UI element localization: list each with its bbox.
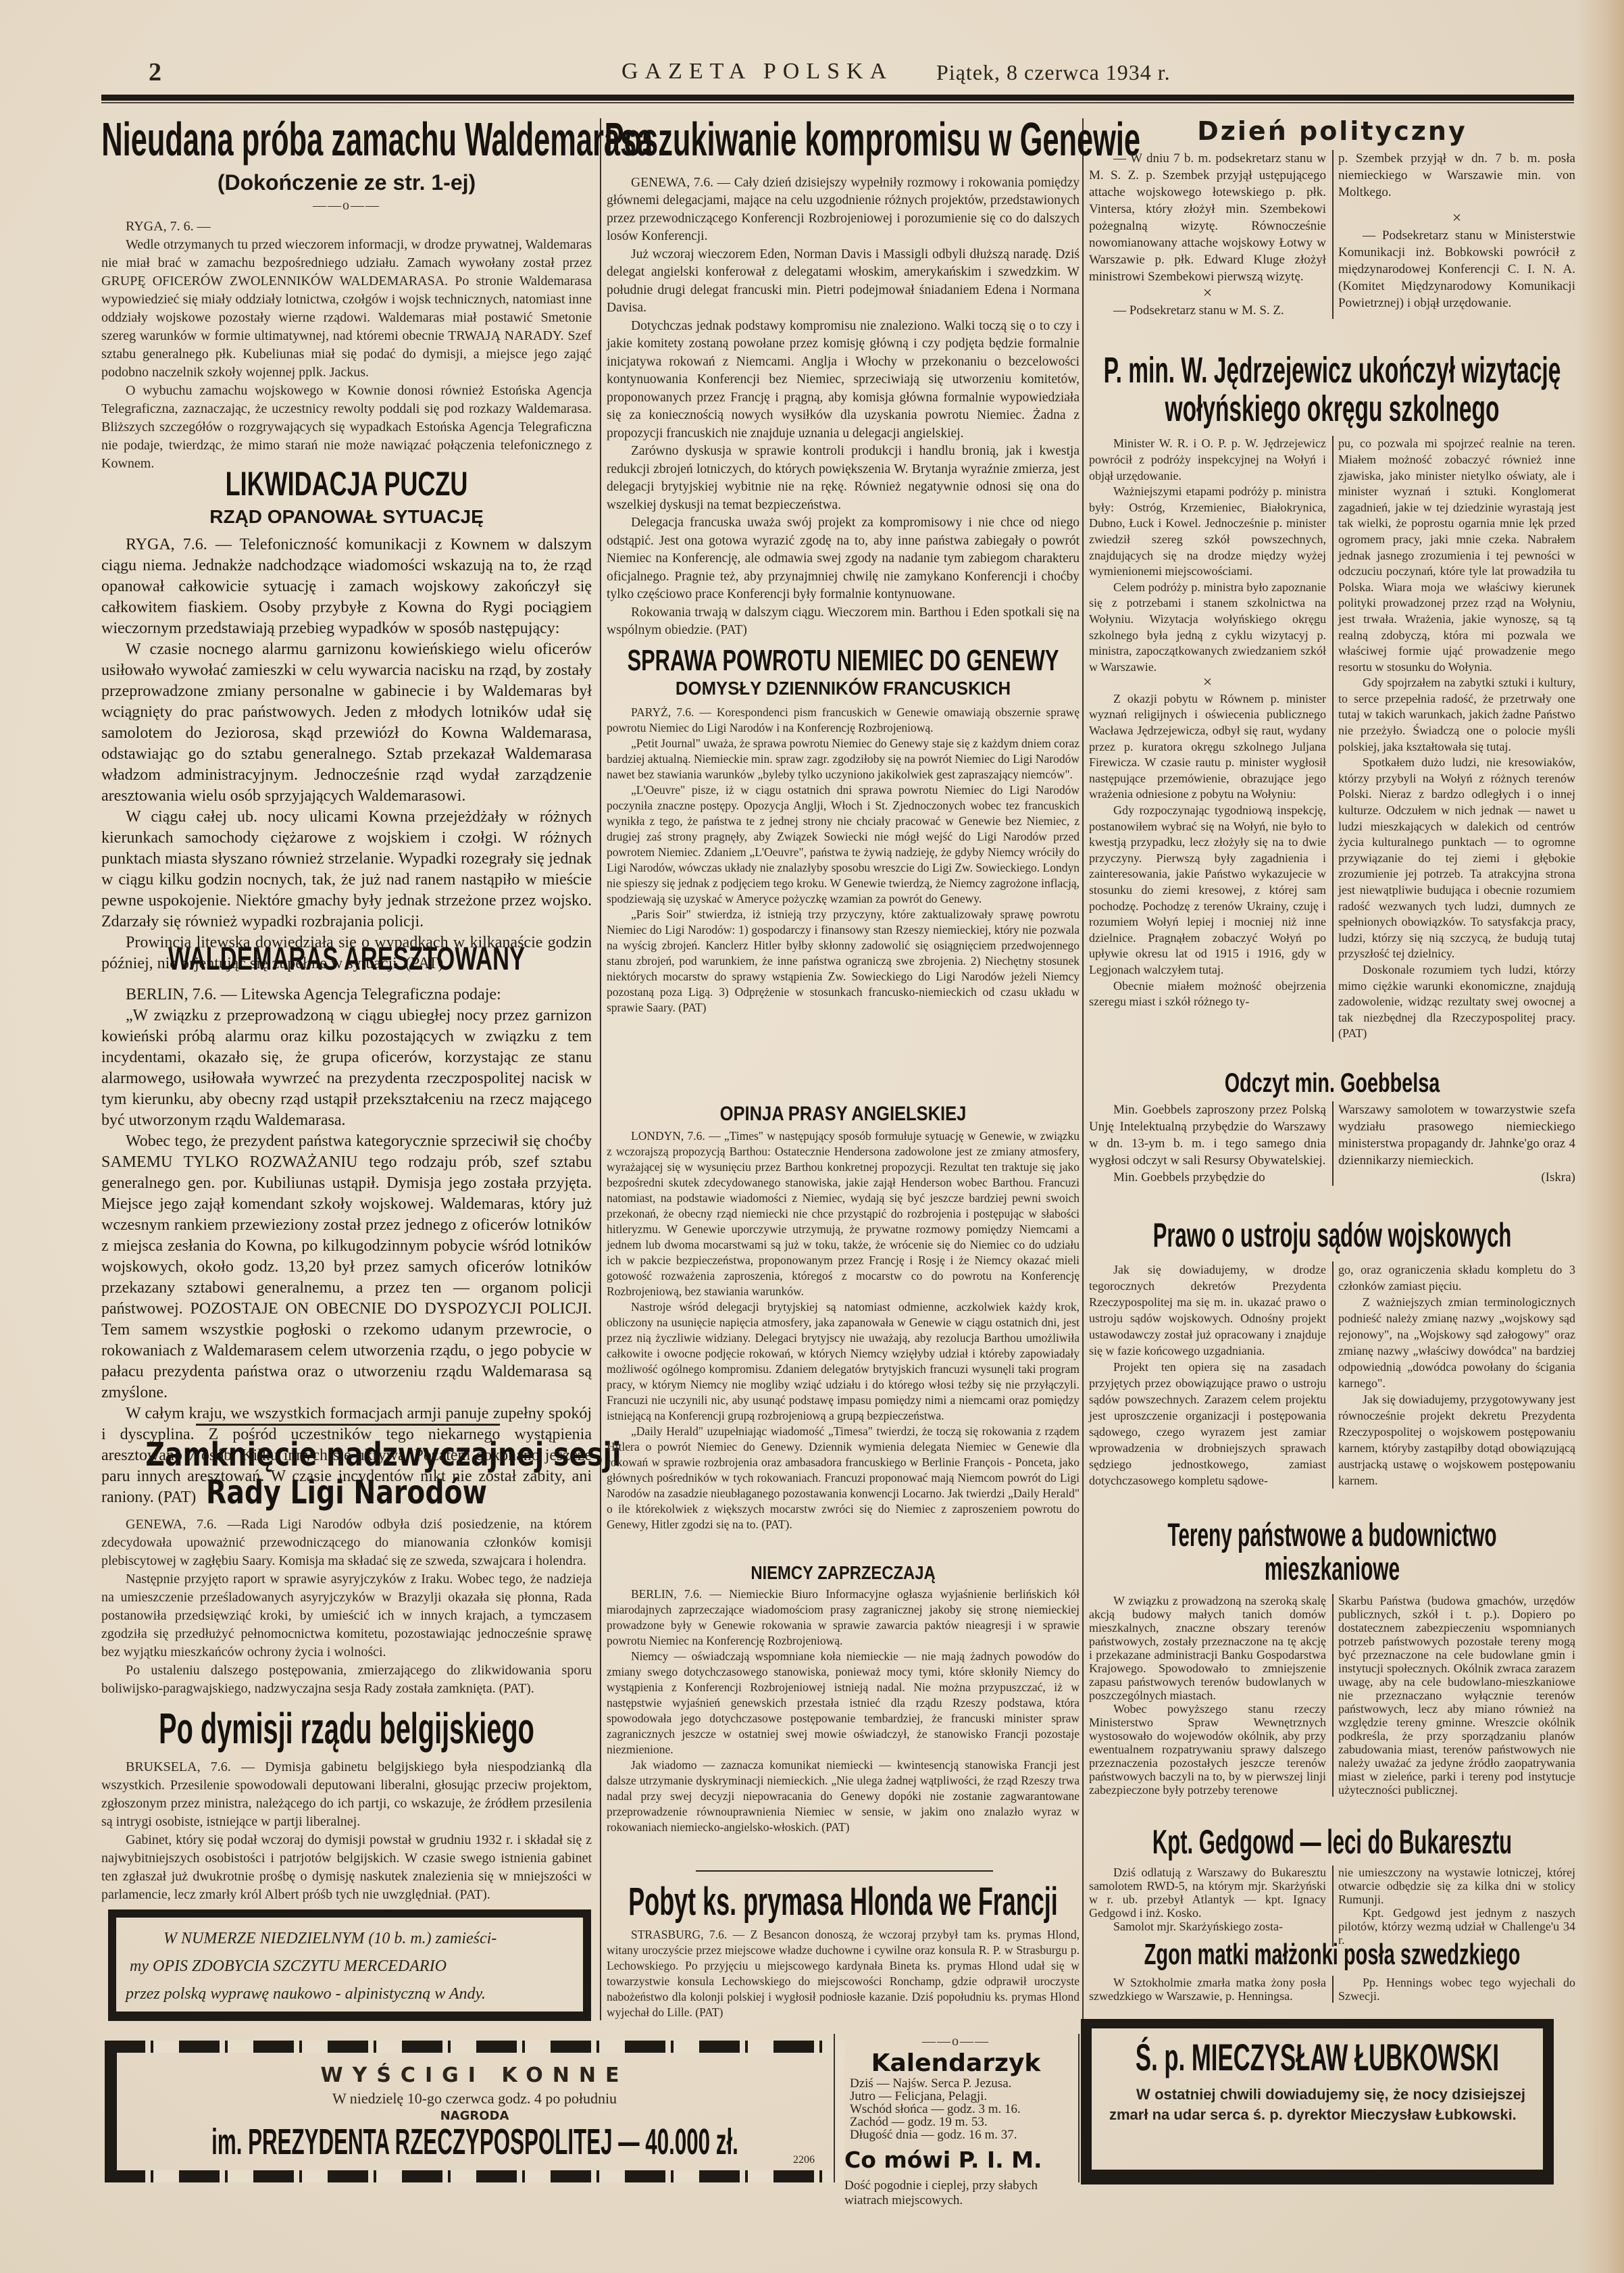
calendar-lines: Dziś — Najśw. Serca P. Jezusa. Jutro — F… [838,2077,1074,2141]
inner-column-divider [1332,1976,1334,2003]
notice-line: przez polską wyprawę naukowo - alpinisty… [116,1985,583,2003]
headline: Odczyt min. Goebbelsa [1089,1069,1575,1097]
headline: Dzień polityczny [1089,116,1575,146]
article-body: BERLIN, 7.6. — Litewska Agencja Telegraf… [101,984,592,1508]
obituary-title: Ś. p. MIECZYSŁAW ŁUBKOWSKI [1108,2038,1527,2078]
article-jedrzejewicz: P. min. W. Jędrzejewicz ukończył wizytac… [1089,351,1575,1042]
headline: Tereny państwowe a budownictwo [1102,1519,1563,1553]
obituary-text: W ostatniej chwili dowiadujemy się, że n… [1092,2078,1543,2125]
newspaper-title: GAZETA POLSKA [621,59,893,84]
headline: wołyńskiego okręgu szkolnego [1089,390,1575,428]
notice-line: W NUMERZE NIEDZIELNYM (10 b. m.) zamieśc… [116,1930,583,1948]
article-german-denial: NIEMCY ZAPRZECZAJĄ BERLIN, 7.6. — Niemie… [607,1562,1080,1835]
ad-when: W niedzielę 10-go czerwca godz. 4 po poł… [117,2090,832,2107]
inner-column-divider [1332,1262,1334,1489]
inner-column-divider [1332,1594,1334,1797]
weather-text: Dość pogodnie i cieplej, przy słabych wi… [838,2178,1074,2208]
ornament-rule [696,1870,993,1872]
masthead-rule-thin [101,102,1574,103]
article-body: RYGA, 7.6. — Telefoniczność komunikacji … [101,534,592,974]
page-number: 2 [149,57,161,87]
ad-number: 2206 [793,2154,815,2166]
column-divider [600,118,601,2020]
ad-prize: im. PREZYDENTA RZECZYPOSPOLITEJ — 40.000… [132,2123,818,2162]
inner-column-divider [1332,150,1334,319]
subheadline: DOMYSŁY DZIENNIKÓW FRANCUSKICH [626,678,1061,699]
two-column-body: Dziś odlatują z Warszawy do Bukaresztu s… [1089,1866,1575,1947]
article-waldemaras-coup: Nieudana próba zamachu Waldemarasa (Doko… [101,115,592,473]
separator: ——o—— [838,2034,1074,2049]
ad-prize-label: NAGRODA [117,2109,832,2123]
notice-line: my OPIS ZDOBYCIA SZCZYTU MERCEDARIO [116,1957,583,1976]
article-geneva-compromise: Poszukiwanie kompromisu w Genewie GENEWA… [607,115,1080,640]
sunday-issue-notice: W NUMERZE NIEDZIELNYM (10 b. m.) zamieśc… [108,1909,591,2021]
cross-divider: × [1089,675,1326,691]
torn-paper-edge [1577,0,1624,2273]
two-column-body: Min. Goebbels zaproszony przez Polską Un… [1089,1101,1575,1186]
article-gedgowd: Kpt. Gedgowd — leci do Bukaresztu Dziś o… [1089,1824,1575,1947]
weather-title: Co mówi P. I. M. [838,2147,1074,2173]
masthead-rule [101,95,1574,101]
headline: Prawo o ustroju sądów wojskowych [1102,1218,1563,1253]
cross-divider: × [1338,210,1575,227]
calendar-box: ——o—— Kalendarzyk Dziś — Najśw. Serca P.… [838,2034,1074,2208]
article-body: GENEWA, 7.6. —Rada Ligi Narodów odbyła d… [101,1516,592,1698]
obituary-notice: Ś. p. MIECZYSŁAW ŁUBKOWSKI W ostatniej c… [1081,2019,1554,2184]
masthead: 2 GAZETA POLSKA Piątek, 8 czerwca 1934 r… [101,57,1574,98]
two-column-body: W związku z prowadzoną na szeroką skalę … [1089,1594,1575,1797]
column-divider [1082,118,1084,2179]
article-hlond: Pobyt ks. prymasa Hlonda we Francji STRA… [607,1882,1080,2020]
headline: OPINJA PRASY ANGIELSKIEJ [642,1103,1044,1126]
headline: Nieudana próba zamachu Waldemarasa [101,115,591,165]
headline: Zgon matki małżonki posła szwedzkiego [1109,1939,1555,1970]
article-belgium: Po dymisji rządu belgijskiego BRUKSELA, … [101,1706,592,1904]
article-body: PARYŻ, 7.6. — Korespondenci pism francus… [607,705,1080,1016]
separator: ——o—— [101,198,592,214]
article-body: BRUKSELA, 7.6. — Dymisja gabinetu belgij… [101,1758,592,1904]
horse-races-ad: WYŚCIGI KONNE W niedzielę 10-go czerwca … [105,2041,844,2182]
ornament-rule [196,1424,500,1426]
article-body: BERLIN, 7.6. — Niemieckie Biuro Informac… [607,1587,1080,1835]
article-dzien-polityczny: Dzień polityczny — W dniu 7 b. m. podsek… [1089,116,1575,319]
article-state-lands: Tereny państwowe a budownictwo mieszkani… [1089,1519,1575,1797]
column-divider [1078,2034,1080,2182]
headline: Po dymisji rządu belgijskiego [101,1706,591,1751]
headline: Kpt. Gedgowd — leci do Bukaresztu [1102,1824,1563,1860]
headline: SPRAWA POWROTU NIEMIEC DO GENEWY [607,645,1080,676]
inner-column-divider [1332,1101,1334,1186]
article-body: LONDYN, 7.6. — „Times" w następujący spo… [607,1128,1080,1532]
article-likwidacja: LIKWIDACJA PUCZU RZĄD OPANOWAŁ SYTUACJĘ … [101,466,592,974]
headline: Zamknięcie nadzwyczajnej sesji [145,1436,547,1474]
headline: Rady Ligi Narodów [145,1474,547,1512]
two-column-body: Jak się dowiadujemy, w drodze tegoroczny… [1089,1262,1575,1489]
column-divider [834,2034,835,2182]
article-military-courts: Prawo o ustroju sądów wojskowych Jak się… [1089,1218,1575,1489]
inner-column-divider [1332,436,1334,1042]
inner-column-divider [1332,1866,1334,1947]
calendar-title: Kalendarzyk [838,2049,1074,2077]
headline: mieszkaniowe [1102,1553,1563,1587]
article-swedish-envoy: Zgon matki małżonki posła szwedzkiego W … [1089,1939,1575,2003]
article-body: STRASBURG, 7.6. — Z Besancon donoszą, że… [607,1927,1080,2020]
article-english-press: OPINJA PRASY ANGIELSKIEJ LONDYN, 7.6. — … [607,1103,1080,1532]
headline: WALDEMARAS ARESZTOWANY [62,943,631,976]
subheadline: RZĄD OPANOWAŁ SYTUACJĘ [101,506,592,528]
headline: NIEMCY ZAPRZECZAJĄ [642,1562,1044,1584]
headline: P. min. W. Jędrzejewicz ukończył wizytac… [1089,351,1575,390]
two-column-body: W Sztokholmie zmarła matka żony posła sz… [1089,1976,1575,2003]
headline: Poszukiwanie kompromisu w Genewie [605,115,1082,165]
subheadline: (Dokończenie ze str. 1-ej) [101,170,592,195]
article-goebbels: Odczyt min. Goebbelsa Min. Goebbels zapr… [1089,1069,1575,1186]
article-body: GENEWA, 7.6. — Cały dzień dzisiejszy wyp… [607,174,1080,640]
two-column-body: — W dniu 7 b. m. podsekretarz stanu w M.… [1089,150,1575,319]
headline: LIKWIDACJA PUCZU [62,466,631,502]
two-column-body: Minister W. R. i O. P. p. W. Jędrzejewic… [1089,436,1575,1042]
cross-divider: × [1089,285,1326,302]
article-germany-return: SPRAWA POWROTU NIEMIEC DO GENEWY DOMYSŁY… [607,645,1080,1016]
issue-date: Piątek, 8 czerwca 1934 r. [936,60,1171,85]
ad-title: WYŚCIGI KONNE [117,2064,832,2087]
headline: Pobyt ks. prymasa Hlonda we Francji [613,1882,1073,1923]
article-liga-session: Zamknięcie nadzwyczajnej sesji Rady Ligi… [101,1436,592,1698]
article-body: RYGA, 7. 6. — Wedle otrzymanych tu przed… [101,218,592,473]
